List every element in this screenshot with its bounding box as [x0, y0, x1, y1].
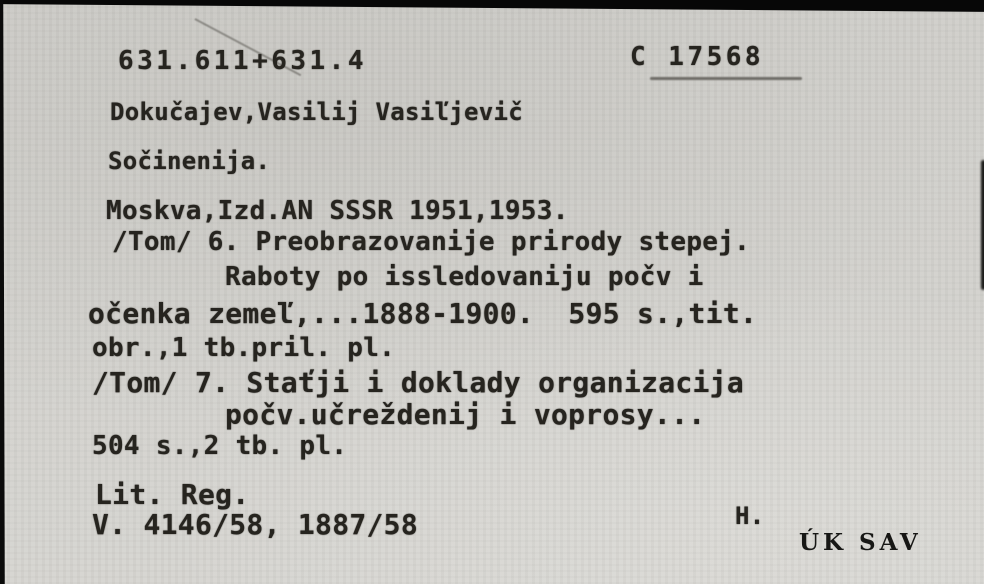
body-line: obr.,1 tb.pril. pl. — [92, 333, 395, 363]
imprint-line: Moskva,Izd.AN SSSR 1951,1953. — [106, 196, 569, 226]
body-line: očenka zemeľ,...1888-1900. 595 s.,tit. — [88, 297, 757, 330]
lit-reg-label: Lit. Reg. — [95, 478, 249, 511]
body-line: počv.učreždenij i voprosy... — [225, 398, 705, 431]
annotation-mark: H. — [735, 502, 765, 530]
body-line: 504 s.,2 tb. pl. — [92, 431, 347, 461]
udc-classification: 631.611+631.4 — [118, 46, 367, 76]
title-line: Sočinenija. — [108, 147, 270, 175]
scan-edge-left — [0, 0, 5, 584]
catalog-card-scan: 631.611+631.4 C 17568 Dokučajev,Vasilij … — [0, 0, 984, 584]
scan-edge-top — [0, 0, 984, 12]
body-line: Raboty po issledovaniju počv i — [225, 262, 704, 292]
call-number: C 17568 — [630, 42, 764, 72]
call-number-underline — [650, 77, 802, 80]
author-line: Dokučajev,Vasilij Vasiľjevič — [110, 98, 523, 126]
body-line: /Tom/ 6. Preobrazovanije prirody stepej. — [112, 227, 750, 257]
library-stamp: ÚK SAV — [799, 529, 922, 556]
accession-numbers: V. 4146/58, 1887/58 — [92, 508, 418, 541]
body-line: /Tom/ 7. Staťji i doklady organizacija — [92, 366, 744, 399]
